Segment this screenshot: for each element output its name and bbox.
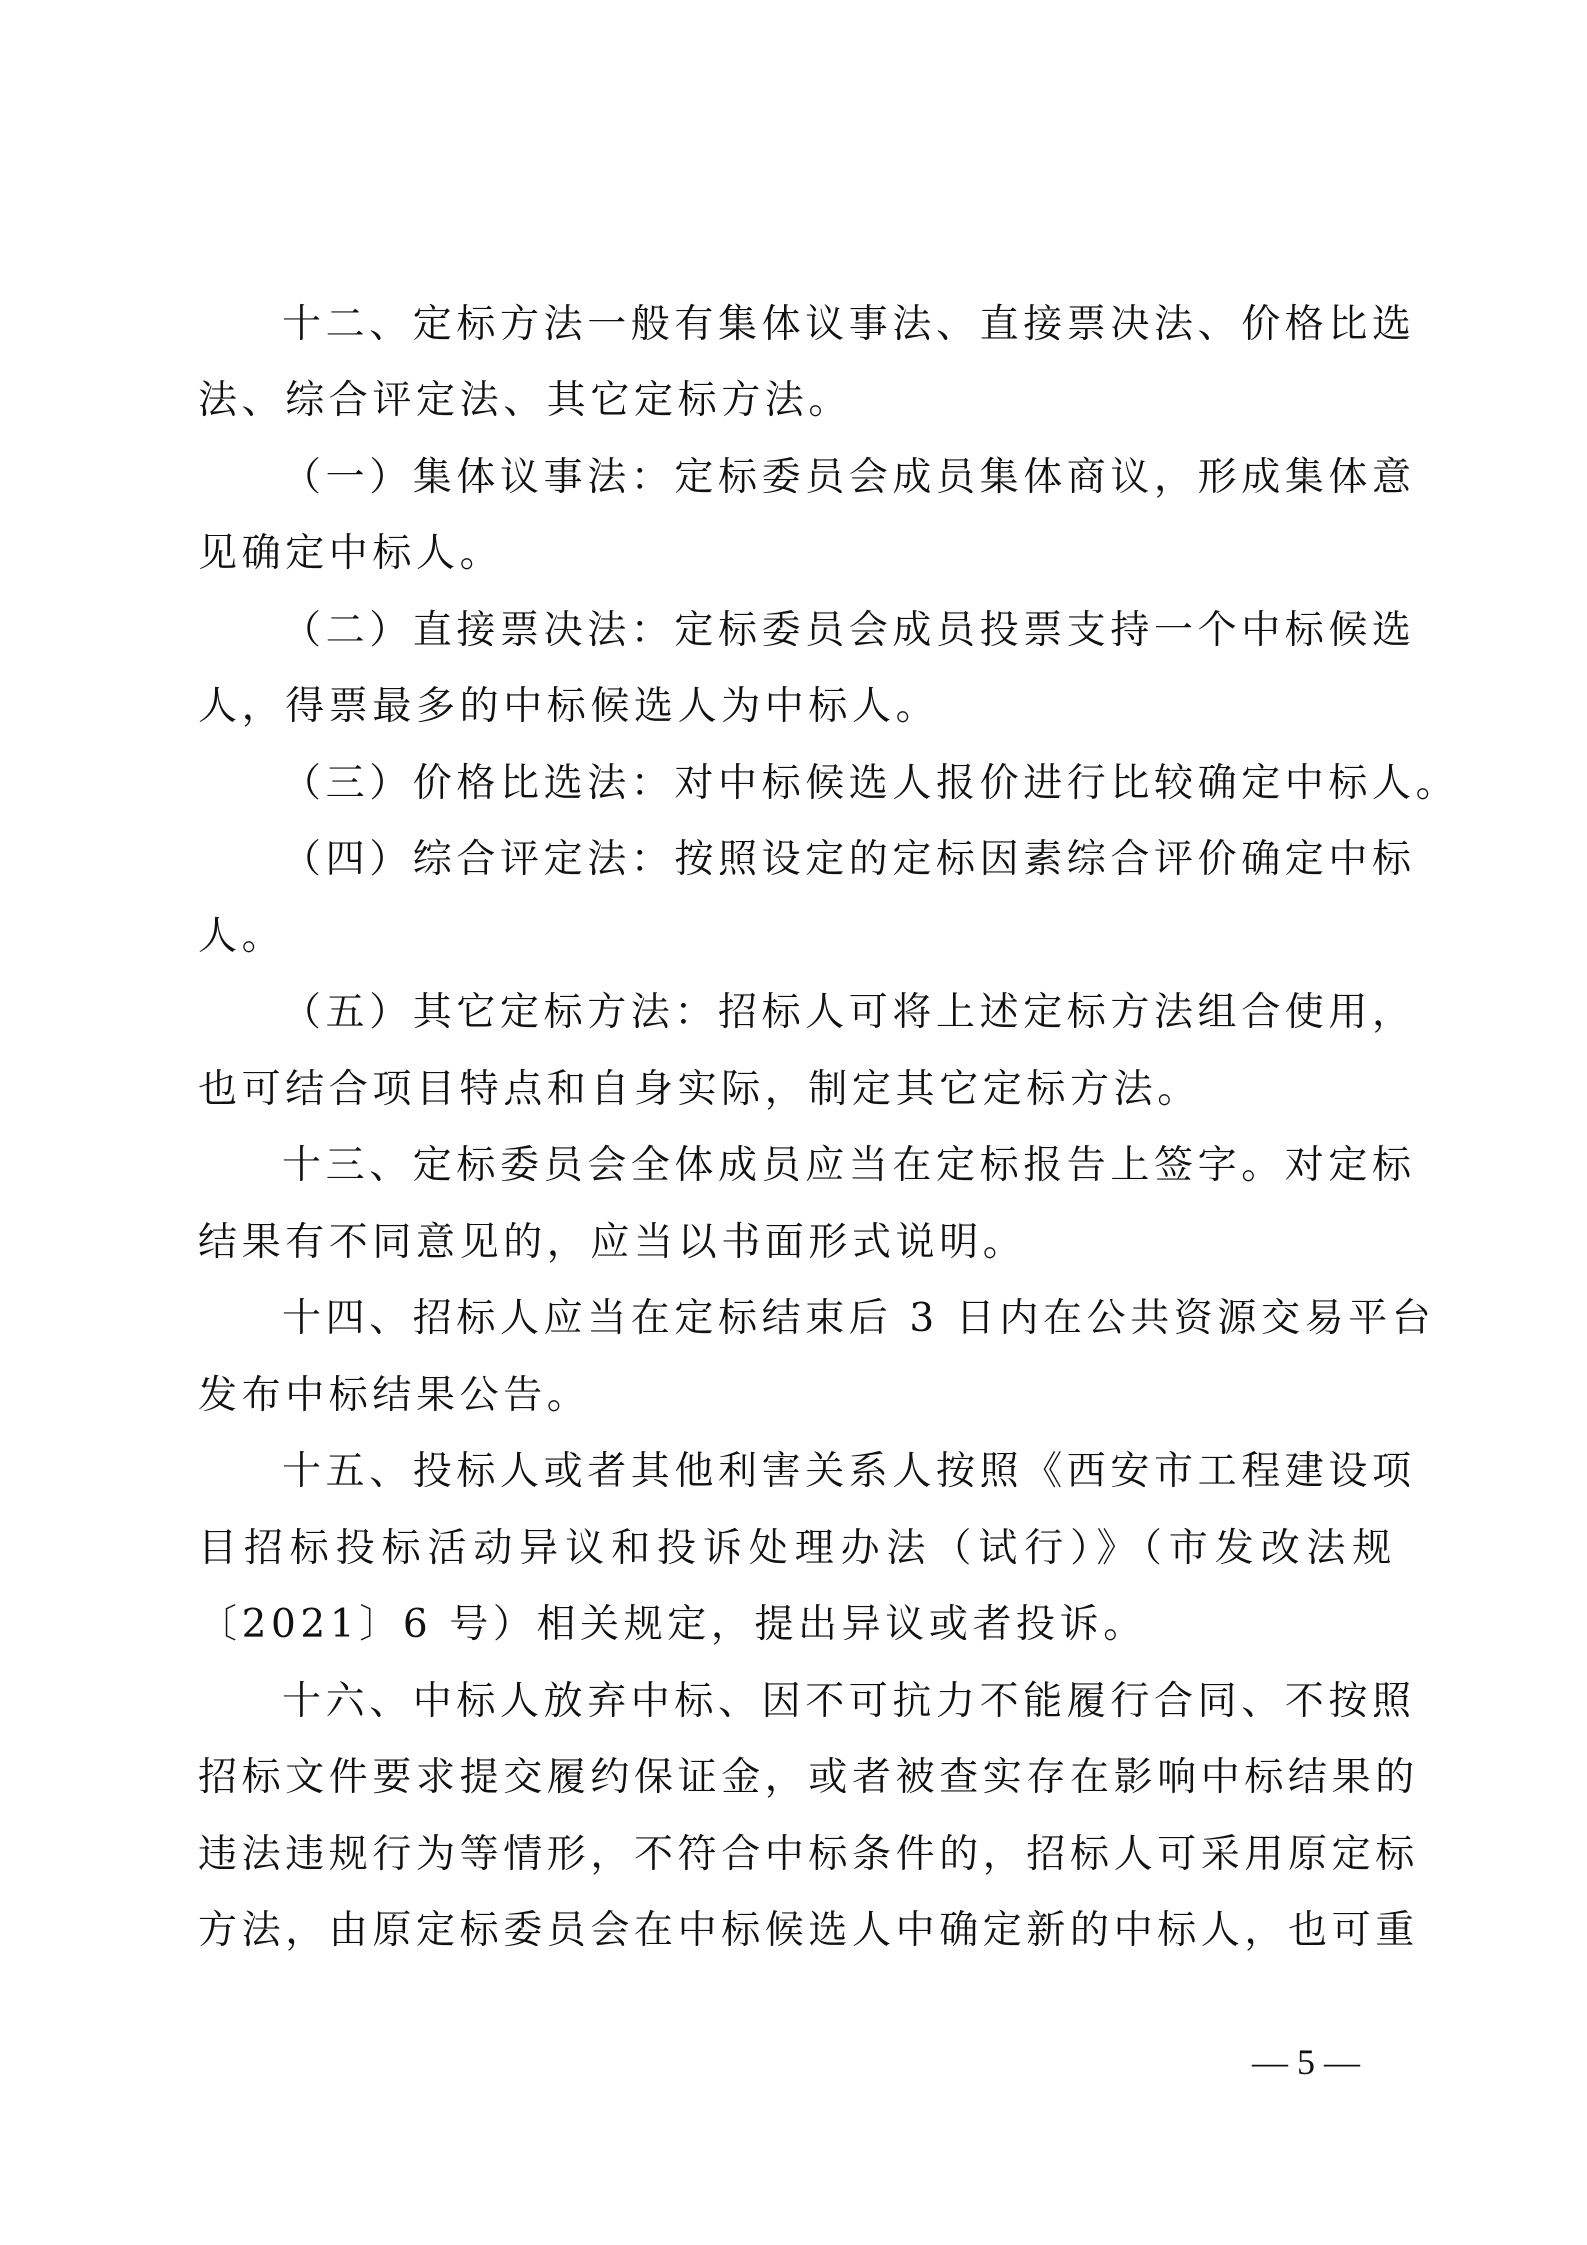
text-line: 十三、定标委员会全体成员应当在定标报告上签字。对定标 <box>282 1141 1396 1191</box>
text-line: 〔2021〕6 号）相关规定，提出异议或者投诉。 <box>198 1600 1147 1650</box>
text-line: 发布中标结果公告。 <box>198 1371 590 1421</box>
text-line: 违法违规行为等情形，不符合中标条件的，招标人可采用原定标 <box>198 1830 1396 1880</box>
text-line: 十四、招标人应当在定标结束后 3 日内在公共资源交易平台 <box>282 1294 1396 1344</box>
text-line: 招标文件要求提交履约保证金，或者被查实存在影响中标结果的 <box>198 1753 1396 1803</box>
text-line: 十六、中标人放弃中标、因不可抗力不能履行合同、不按照 <box>282 1677 1396 1727</box>
text-line: （四）综合评定法：按照设定的定标因素综合评价确定中标 <box>282 835 1396 885</box>
text-line: （二）直接票决法：定标委员会成员投票支持一个中标候选 <box>282 606 1396 656</box>
text-line: （一）集体议事法：定标委员会成员集体商议，形成集体意 <box>282 453 1396 503</box>
text-line: 人。 <box>198 912 285 962</box>
text-line: （三）价格比选法：对中标候选人报价进行比较确定中标人。 <box>282 759 1396 809</box>
text-line: （五）其它定标方法：招标人可将上述定标方法组合使用， <box>282 988 1396 1038</box>
text-line: 结果有不同意见的，应当以书面形式说明。 <box>198 1218 1026 1268</box>
text-line: 十五、投标人或者其他利害关系人按照《西安市工程建设项 <box>282 1447 1396 1497</box>
text-line: 法、综合评定法、其它定标方法。 <box>198 376 852 426</box>
page-number: — 5 — <box>1252 2040 1360 2084</box>
text-line: 目招标投标活动异议和投诉处理办法（试行）》（市发改法规 <box>198 1524 1396 1574</box>
text-line: 十二、定标方法一般有集体议事法、直接票决法、价格比选 <box>282 300 1396 350</box>
text-line: 见确定中标人。 <box>198 529 503 579</box>
text-line: 方法，由原定标委员会在中标候选人中确定新的中标人，也可重 <box>198 1906 1396 1956</box>
text-line: 人，得票最多的中标候选人为中标人。 <box>198 682 939 732</box>
document-page: 十二、定标方法一般有集体议事法、直接票决法、价格比选法、综合评定法、其它定标方法… <box>0 0 1587 2245</box>
text-line: 也可结合项目特点和自身实际，制定其它定标方法。 <box>198 1065 1201 1115</box>
